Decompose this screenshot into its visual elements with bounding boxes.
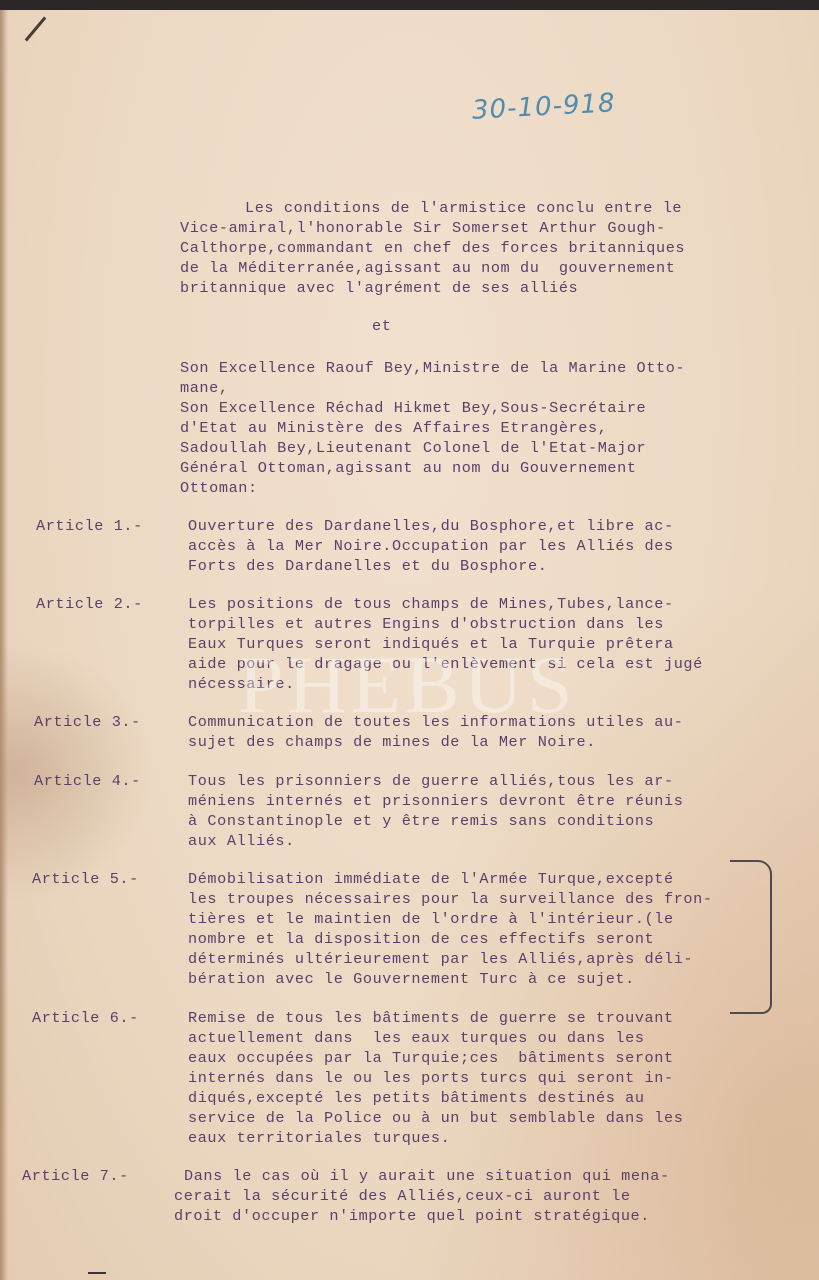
handwritten-date: 30-10-918 — [471, 88, 616, 125]
article-line: Communication de toutes les informations… — [188, 712, 683, 732]
article-line: aide pour le dragage ou l'enlèvement si … — [188, 654, 703, 674]
preamble-line: Vice-amiral,l'honorable Sir Somerset Art… — [180, 218, 666, 238]
article-line: droit d'occuper n'importe quel point str… — [174, 1206, 650, 1226]
article-line: à Constantinople et y être remis sans co… — [188, 811, 654, 831]
preamble-line: britannique avec l'agrément de ses allié… — [180, 278, 578, 298]
ottoman-party-line: Son Excellence Réchad Hikmet Bey,Sous-Se… — [180, 398, 646, 418]
pencil-bracket-annotation — [730, 860, 772, 1014]
article-line: Dans le cas où il y aurait une situation… — [184, 1166, 670, 1186]
article-line: Remise de tous les bâtiments de guerre s… — [188, 1008, 674, 1028]
document-page: 30-10-918 Les conditions de l'armistice … — [0, 10, 819, 1280]
article-line: eaux territoriales turques. — [188, 1128, 450, 1148]
article-line: Forts des Dardanelles et du Bosphore. — [188, 556, 547, 576]
article-line: accès à la Mer Noire.Occupation par les … — [188, 536, 674, 556]
stray-ink-mark — [88, 1272, 106, 1274]
article-line: Les positions de tous champs de Mines,Tu… — [188, 594, 674, 614]
article-line: actuellement dans les eaux turques ou da… — [188, 1028, 645, 1048]
article-line: les troupes nécessaires pour la surveill… — [188, 889, 713, 909]
preamble-line: Les conditions de l'armistice conclu ent… — [245, 198, 682, 218]
article-line: Tous les prisonniers de guerre alliés,to… — [188, 771, 674, 791]
article-line: Démobilisation immédiate de l'Armée Turq… — [188, 869, 674, 889]
ottoman-party-line: Son Excellence Raouf Bey,Ministre de la … — [180, 358, 685, 378]
ottoman-party-line: Sadoullah Bey,Lieutenant Colonel de l'Et… — [180, 438, 646, 458]
article-label: Article 1.- — [36, 516, 143, 536]
article-line: internés dans le ou les ports turcs qui … — [188, 1068, 674, 1088]
ottoman-party-line: mane, — [180, 378, 229, 398]
article-line: nombre et la disposition de ces effectif… — [188, 929, 654, 949]
ottoman-party-line: Ottoman: — [180, 478, 258, 498]
paper-crease-mark — [25, 17, 47, 42]
article-label: Article 5.- — [32, 869, 139, 889]
article-line: méniens internés et prisonniers devront … — [188, 791, 683, 811]
article-line: déterminés ultérieurement par les Alliés… — [188, 949, 693, 969]
article-label: Article 4.- — [34, 771, 141, 791]
paper-left-edge — [0, 10, 8, 1280]
article-label: Article 3.- — [34, 712, 141, 732]
article-label: Article 2.- — [36, 594, 143, 614]
ottoman-party-line: d'Etat au Ministère des Affaires Etrangè… — [180, 418, 607, 438]
article-line: diqués,excepté les petits bâtiments dest… — [188, 1088, 645, 1108]
preamble-line: de la Méditerranée,agissant au nom du go… — [180, 258, 675, 278]
article-line: aux Alliés. — [188, 831, 295, 851]
article-label: Article 6.- — [32, 1008, 139, 1028]
article-line: eaux occupées par la Turquie;ces bâtimen… — [188, 1048, 674, 1068]
article-line: nécessaire. — [188, 674, 295, 694]
article-line: tières et le maintien de l'ordre à l'int… — [188, 909, 674, 929]
article-line: torpilles et autres Engins d'obstruction… — [188, 614, 664, 634]
scan-top-border — [0, 0, 819, 10]
article-line: service de la Police ou à un but semblab… — [188, 1108, 683, 1128]
article-label: Article 7.- — [22, 1166, 129, 1186]
article-line: Eaux Turques seront indiqués et la Turqu… — [188, 634, 674, 654]
article-line: sujet des champs de mines de la Mer Noir… — [188, 732, 596, 752]
article-line: bération avec le Gouvernement Turc à ce … — [188, 969, 635, 989]
article-line: Ouverture des Dardanelles,du Bosphore,et… — [188, 516, 674, 536]
conjunction-et: et — [372, 316, 391, 336]
article-line: cerait la sécurité des Alliés,ceux-ci au… — [174, 1186, 631, 1206]
ottoman-party-line: Général Ottoman,agissant au nom du Gouve… — [180, 458, 637, 478]
preamble-line: Calthorpe,commandant en chef des forces … — [180, 238, 685, 258]
